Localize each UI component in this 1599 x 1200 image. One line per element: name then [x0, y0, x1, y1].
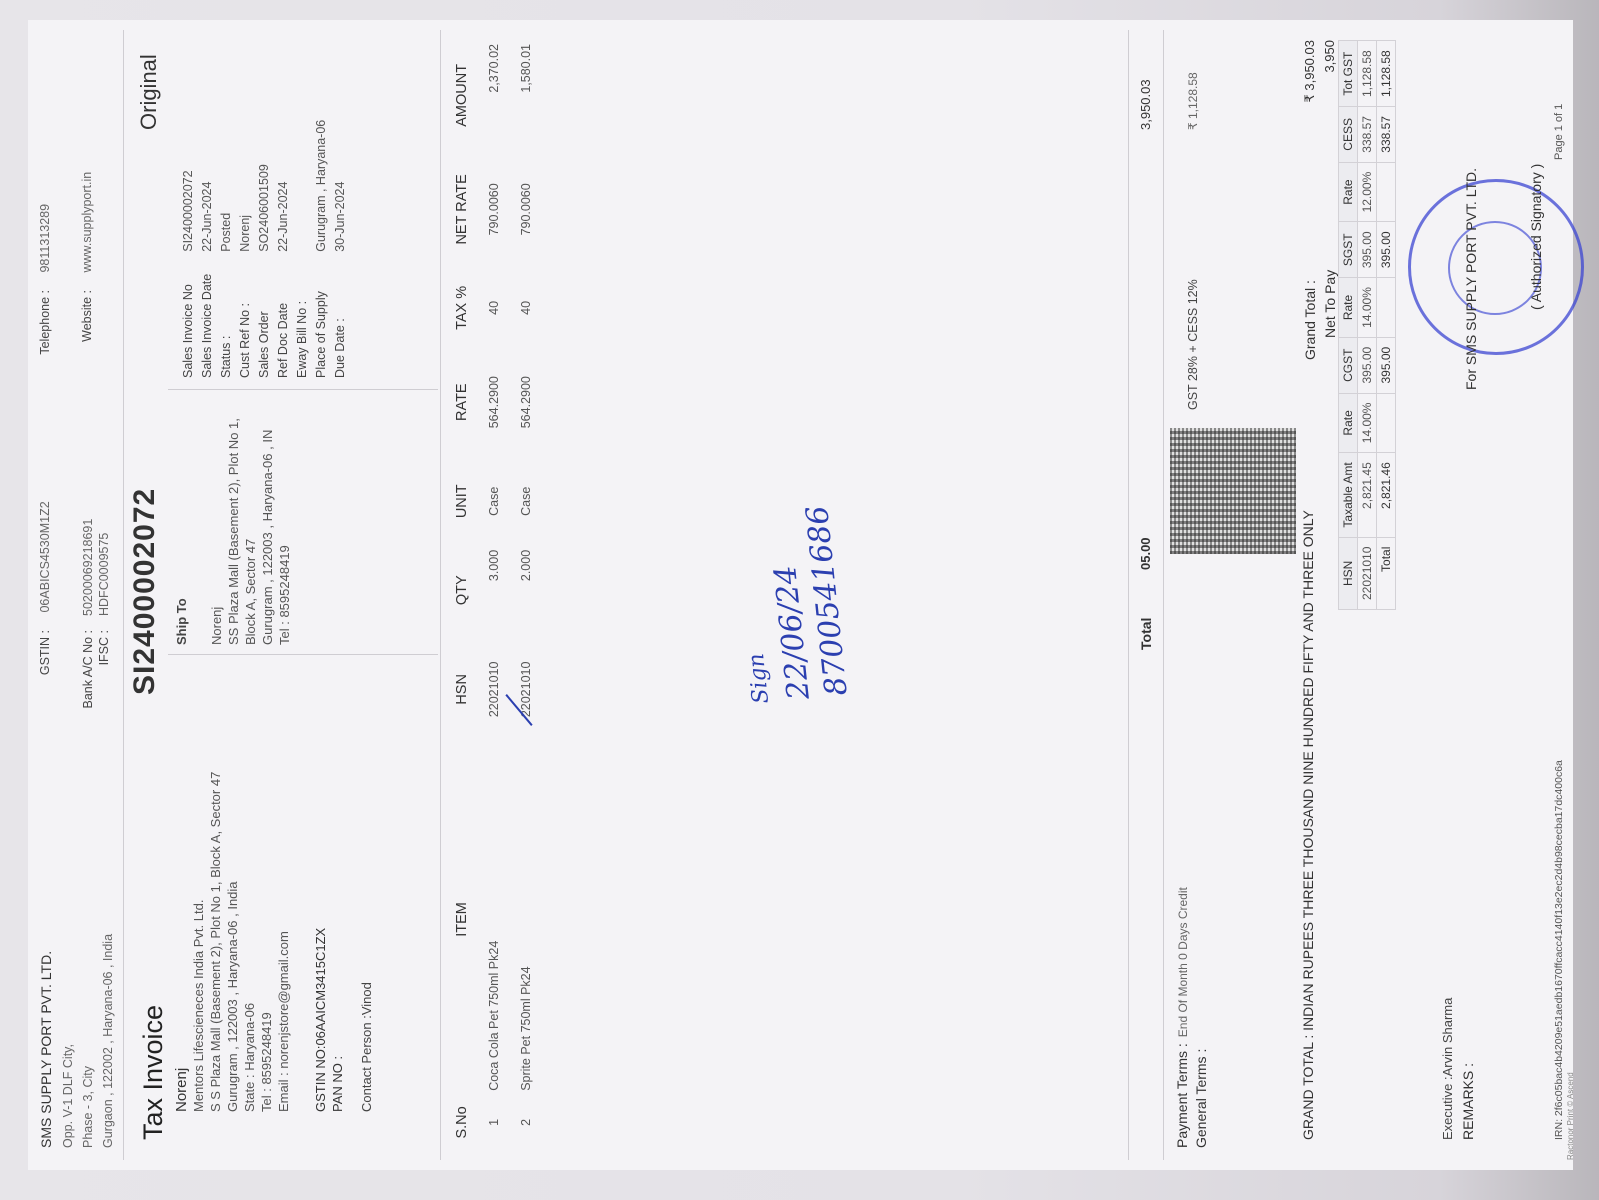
column-header: TAX %	[446, 268, 478, 348]
authorized-signatory: ( Authorized Signatory )	[1528, 164, 1544, 310]
tax-column-header: Rate	[1339, 278, 1358, 338]
tax-note: GST 28% + CESS 12%	[1186, 279, 1200, 410]
website-label: Website :	[80, 290, 94, 390]
payment-terms-value: End Of Month 0 Days Credit	[1176, 887, 1190, 1037]
seller-address-line: Opp. V-1 DLF City,	[58, 934, 78, 1148]
meta-label: Place of Supply	[313, 254, 330, 378]
meta-value: 22-Jun-2024	[199, 100, 216, 252]
table-cell: Case	[510, 457, 542, 546]
table-cell: 40	[510, 268, 542, 348]
tax-column-header: SGST	[1339, 222, 1358, 278]
bill-to-gstin: GSTIN NO:06AAICM3415C1ZX	[312, 772, 329, 1112]
gst-amount: ₹ 1,128.58	[1186, 72, 1200, 130]
bill-to-line: S S Plaza Mall (Basement 2), Plot No 1, …	[207, 772, 224, 1112]
tax-cell: 395.00	[1377, 222, 1396, 278]
tax-cell: 395.00	[1358, 337, 1377, 393]
tax-column-header: CESS	[1339, 107, 1358, 163]
ship-to-line: Gurugram , 122003 , Haryana-06 , IN	[259, 418, 276, 645]
seller-address-line: Gurgaon , 122002 , Haryana-06 , India	[98, 934, 118, 1148]
tax-cell: 14.00%	[1358, 278, 1377, 338]
meta-row: Cust Ref No :Norenj	[237, 100, 254, 378]
table-cell: 564.2900	[510, 348, 542, 457]
tax-cell: 338.57	[1358, 107, 1377, 163]
meta-row: Status :Posted	[218, 100, 235, 378]
tax-column-header: Rate	[1339, 162, 1358, 222]
meta-value: Gurugram , Haryana-06	[313, 100, 330, 252]
table-row: 2Sprite Pet 750ml Pk24220210102.000Case5…	[510, 40, 542, 1150]
grand-total-value: ₹ 3,950.03	[1300, 40, 1320, 140]
meta-label: Due Date :	[332, 254, 349, 378]
table-cell: Coca Cola Pet 750ml Pk24	[478, 744, 510, 1095]
grand-total-label: Grand Total :	[1300, 270, 1320, 360]
ship-to-line: Block A, Sector 47	[242, 418, 259, 645]
column-header: UNIT	[446, 457, 478, 546]
tax-cell: 1,128.58	[1377, 41, 1396, 107]
table-cell: 790.0060	[510, 151, 542, 268]
meta-value: 30-Jun-2024	[332, 100, 349, 252]
tax-column-header: CGST	[1339, 337, 1358, 393]
executive-block: Executive :Arvin Sharma REMARKS :	[1438, 998, 1478, 1140]
irn-number: IRN: 2f6c05bac4b4209e51aedb1670ffcacc414…	[1553, 760, 1565, 1140]
print-note: Ractonor Print © Ascend	[1566, 1072, 1575, 1160]
executive-name: Executive :Arvin Sharma	[1438, 998, 1458, 1140]
document-title: Tax Invoice	[138, 1005, 169, 1140]
column-header: QTY	[446, 546, 478, 635]
meta-row: Eway Bill No :	[294, 100, 311, 378]
remarks-label: REMARKS :	[1458, 998, 1478, 1140]
bank-ac-value: 50200069218691	[81, 519, 95, 616]
meta-label: Sales Invoice No	[180, 254, 197, 378]
seller-bank: Bank A/C No :50200069218691 IFSC :HDFC00…	[80, 519, 112, 740]
meta-label: Ref Doc Date	[275, 254, 292, 378]
bill-to-line: State : Haryana-06	[241, 772, 258, 1112]
tax-cell: 395.00	[1377, 337, 1396, 393]
table-cell: 2.000	[510, 546, 542, 635]
table-cell: Case	[478, 457, 510, 546]
ifsc-value: HDFC0009575	[97, 533, 111, 616]
meta-row: Sales Invoice Date22-Jun-2024	[199, 100, 216, 378]
copy-label: Original	[136, 54, 162, 130]
ship-to-line: SS Plaza Mall (Basement 2), Plot No 1,	[225, 418, 242, 645]
meta-label: Eway Bill No :	[294, 254, 311, 378]
table-cell: 564.2900	[478, 348, 510, 457]
seller-name: SMS SUPPLY PORT PVT. LTD.	[38, 951, 54, 1148]
seller-telephone: Telephone : 9811313289	[38, 204, 52, 390]
bill-to-block: Norenj Mentors Lifescieneces India Pvt. …	[173, 772, 375, 1112]
tax-cell: Total	[1377, 537, 1396, 609]
tax-summary-table: HSNTaxable AmtRateCGSTRateSGSTRateCESSTo…	[1338, 40, 1396, 610]
tax-cell: 2,821.45	[1358, 453, 1377, 537]
tax-cell	[1377, 162, 1396, 222]
tax-cell: 338.57	[1377, 107, 1396, 163]
bill-to-line: Mentors Lifescieneces India Pvt. Ltd.	[190, 772, 207, 1112]
amount-in-words: GRAND TOTAL : INDIAN RUPEES THREE THOUSA…	[1300, 360, 1316, 1140]
meta-label: Sales Order	[256, 254, 273, 378]
meta-value: SO2406001509	[256, 100, 273, 252]
meta-value: Norenj	[237, 100, 254, 252]
column-header: ITEM	[446, 744, 478, 1095]
seller-address: Opp. V-1 DLF City, Phase - 3, City Gurga…	[58, 934, 118, 1148]
bill-to-pan: PAN NO :	[329, 772, 346, 1112]
table-cell: 2,370.02	[478, 40, 510, 151]
meta-label: Cust Ref No :	[237, 254, 254, 378]
tax-cell: 2,821.46	[1377, 453, 1396, 537]
tax-row: Total2,821.46395.00395.00338.571,128.58	[1377, 41, 1396, 610]
website-value[interactable]: www.supplyport.in	[80, 172, 94, 273]
meta-label: Sales Invoice Date	[199, 254, 216, 378]
meta-value: SI2400002072	[180, 100, 197, 252]
table-cell: 3.000	[478, 546, 510, 635]
seller-gstin: GSTIN : 06ABICS4530M1Z2	[38, 501, 52, 740]
bill-to-line: Gurugram , 122003 , Haryana-06 , India	[224, 772, 241, 1112]
table-cell: 1,580.01	[510, 40, 542, 151]
tax-row: 220210102,821.4514.00%395.0014.00%395.00…	[1358, 41, 1377, 610]
invoice-meta: Sales Invoice NoSI2400002072Sales Invoic…	[178, 98, 351, 380]
table-row: 1Coca Cola Pet 750ml Pk24220210103.000Ca…	[478, 40, 510, 1150]
tax-cell: 14.00%	[1358, 393, 1377, 453]
meta-value: Posted	[218, 100, 235, 252]
page-number: Page 1 of 1	[1553, 104, 1565, 160]
bank-ac-label: Bank A/C No :	[80, 630, 96, 740]
items-total-label: Total	[1138, 618, 1154, 650]
invoice-number-heading: SI2400002072	[128, 488, 162, 695]
seller-website: Website : www.supplyport.in	[80, 172, 94, 390]
meta-row: Sales Invoice NoSI2400002072	[180, 100, 197, 378]
table-cell: 22021010	[510, 635, 542, 744]
meta-row: Place of SupplyGurugram , Haryana-06	[313, 100, 330, 378]
meta-row: Ref Doc Date22-Jun-2024	[275, 100, 292, 378]
meta-row: Due Date :30-Jun-2024	[332, 100, 349, 378]
meta-value	[294, 100, 311, 252]
ship-to-block: Ship To Norenj SS Plaza Mall (Basement 2…	[173, 418, 293, 645]
ship-to-line: Norenj	[208, 418, 225, 645]
column-header: NET RATE	[446, 151, 478, 268]
items-total-amount: 3,950.03	[1138, 79, 1153, 130]
telephone-value: 9811313289	[38, 204, 52, 273]
tax-cell: 1,128.58	[1358, 41, 1377, 107]
tax-column-header: HSN	[1339, 537, 1358, 609]
meta-value: 22-Jun-2024	[275, 100, 292, 252]
tax-column-header: Tot GST	[1339, 41, 1358, 107]
bill-to-name: Norenj	[173, 772, 190, 1112]
grand-total-labels: Grand Total : Net To Pay	[1300, 270, 1340, 360]
tax-cell	[1377, 278, 1396, 338]
handwritten-note: Sign 22/06/24 8700541686	[723, 504, 856, 706]
bill-to-email: Email : norenjstore@gmail.com	[275, 772, 292, 1112]
tax-column-header: Rate	[1339, 393, 1358, 453]
net-to-pay-label: Net To Pay	[1320, 270, 1340, 360]
table-cell: 22021010	[478, 635, 510, 744]
for-company: For SMS SUPPLY PORT PVT. LTD.	[1463, 168, 1479, 390]
invoice-page: SMS SUPPLY PORT PVT. LTD. Opp. V-1 DLF C…	[28, 20, 1573, 1170]
column-header: S.No	[446, 1095, 478, 1150]
items-table: S.NoITEMHSNQTYUNITRATETAX %NET RATEAMOUN…	[446, 40, 542, 1150]
column-header: RATE	[446, 348, 478, 457]
table-cell: 1	[478, 1095, 510, 1150]
column-header: HSN	[446, 635, 478, 744]
net-to-pay-value: 3,950	[1320, 40, 1340, 140]
tax-cell: 22021010	[1358, 537, 1377, 609]
ship-to-label: Ship To	[173, 418, 190, 645]
tax-cell: 395.00	[1358, 222, 1377, 278]
payment-terms-label: Payment Terms :	[1174, 1043, 1190, 1148]
general-terms-label: General Terms :	[1193, 1049, 1209, 1148]
grand-total-values: ₹ 3,950.03 3,950	[1300, 40, 1340, 140]
qr-code	[1170, 428, 1296, 554]
tax-cell	[1377, 393, 1396, 453]
table-cell: 2	[510, 1095, 542, 1150]
ship-to-line: Tel : 8595248419	[276, 418, 293, 645]
table-cell: 790.0060	[478, 151, 510, 268]
meta-row: Sales OrderSO2406001509	[256, 100, 273, 378]
gstin-value: 06ABICS4530M1Z2	[38, 501, 52, 612]
telephone-label: Telephone :	[38, 290, 52, 390]
ifsc-label: IFSC :	[96, 630, 112, 740]
meta-label: Status :	[218, 254, 235, 378]
table-cell: Sprite Pet 750ml Pk24	[510, 744, 542, 1095]
bill-to-contact: Contact Person :Vinod	[358, 772, 375, 1112]
items-total-qty: 05.00	[1138, 537, 1153, 570]
gstin-label: GSTIN :	[38, 630, 52, 740]
bill-to-line: Tel : 8595248419	[258, 772, 275, 1112]
table-cell: 40	[478, 268, 510, 348]
terms-block: Payment Terms :End Of Month 0 Days Credi…	[1173, 887, 1210, 1148]
tax-column-header: Taxable Amt	[1339, 453, 1358, 537]
tax-cell: 12.00%	[1358, 162, 1377, 222]
column-header: AMOUNT	[446, 40, 478, 151]
seller-address-line: Phase - 3, City	[78, 934, 98, 1148]
